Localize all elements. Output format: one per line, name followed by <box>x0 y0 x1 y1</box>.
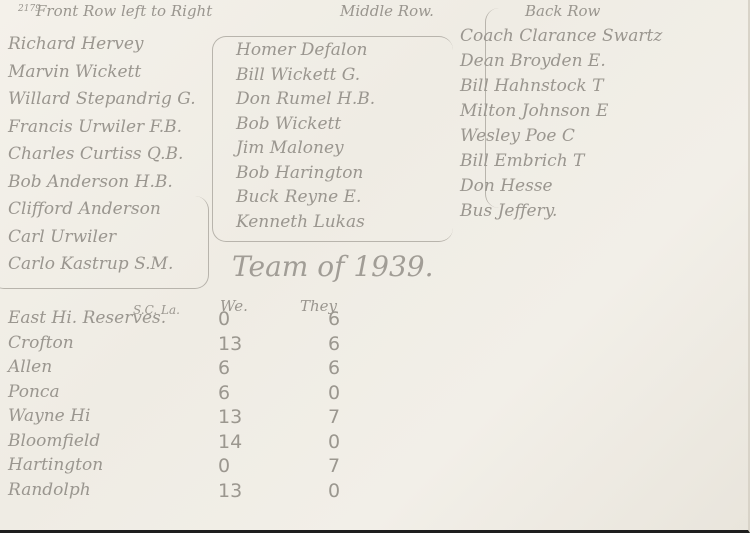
score-they: 7 <box>328 455 340 477</box>
score-we: 13 <box>218 480 242 502</box>
score-we: 6 <box>218 357 230 379</box>
opponent-name: Wayne Hi <box>8 406 90 426</box>
player-name: Bill Hahnstock T <box>460 76 603 96</box>
player-name: Homer Defalon <box>236 40 368 60</box>
photo-back: 2179 Front Row left to Right Middle Row.… <box>0 0 750 533</box>
score-we: 0 <box>218 308 230 330</box>
player-name: Don Rumel H.B. <box>236 89 375 109</box>
score-we: 6 <box>218 382 230 404</box>
player-name: Kenneth Lukas <box>236 212 365 232</box>
opponent-name: Randolph <box>8 480 91 500</box>
player-name: Bob Harington <box>236 163 363 183</box>
player-name: Francis Urwiler F.B. <box>8 117 182 137</box>
player-name: Carl Urwiler <box>8 227 116 247</box>
player-name: Richard Hervey <box>8 34 144 54</box>
player-name: Don Hesse <box>460 176 553 196</box>
score-they: 7 <box>328 406 340 428</box>
score-we: 0 <box>218 455 230 477</box>
player-name: Bill Wickett G. <box>236 65 360 85</box>
middle-row-header: Middle Row. <box>340 2 434 20</box>
player-name: Bus Jeffery. <box>460 201 557 221</box>
score-they: 6 <box>328 333 340 355</box>
score-we: 13 <box>218 406 242 428</box>
score-they: 0 <box>328 480 340 502</box>
player-name: Bob Anderson H.B. <box>8 172 173 192</box>
opponent-name: East Hi. Reserves. <box>8 308 166 328</box>
player-name: Carlo Kastrup S.M. <box>8 254 173 274</box>
player-name: Marvin Wickett <box>8 62 141 82</box>
player-name: Coach Clarance Swartz <box>460 26 662 46</box>
score-they: 0 <box>328 431 340 453</box>
player-name: Buck Reyne E. <box>236 187 361 207</box>
score-they: 6 <box>328 308 340 330</box>
player-name: Charles Curtiss Q.B. <box>8 144 183 164</box>
opponent-name: Ponca <box>8 382 60 402</box>
player-name: Milton Johnson E <box>460 101 608 121</box>
score-they: 6 <box>328 357 340 379</box>
opponent-name: Hartington <box>8 455 103 475</box>
opponent-name: Crofton <box>8 333 74 353</box>
front-row-header: Front Row left to Right <box>36 2 212 20</box>
opponent-name: Allen <box>8 357 52 377</box>
player-name: Jim Maloney <box>236 138 344 158</box>
player-name: Dean Broyden E. <box>460 51 606 71</box>
player-name: Wesley Poe C <box>460 126 575 146</box>
player-name: Willard Stepandrig G. <box>8 89 196 109</box>
opponent-name: Bloomfield <box>8 431 100 451</box>
score-we: 13 <box>218 333 242 355</box>
team-title: Team of 1939. <box>232 250 434 283</box>
score-they: 0 <box>328 382 340 404</box>
player-name: Clifford Anderson <box>8 199 161 219</box>
player-name: Bob Wickett <box>236 114 341 134</box>
player-name: Bill Embrich T <box>460 151 584 171</box>
score-we: 14 <box>218 431 242 453</box>
